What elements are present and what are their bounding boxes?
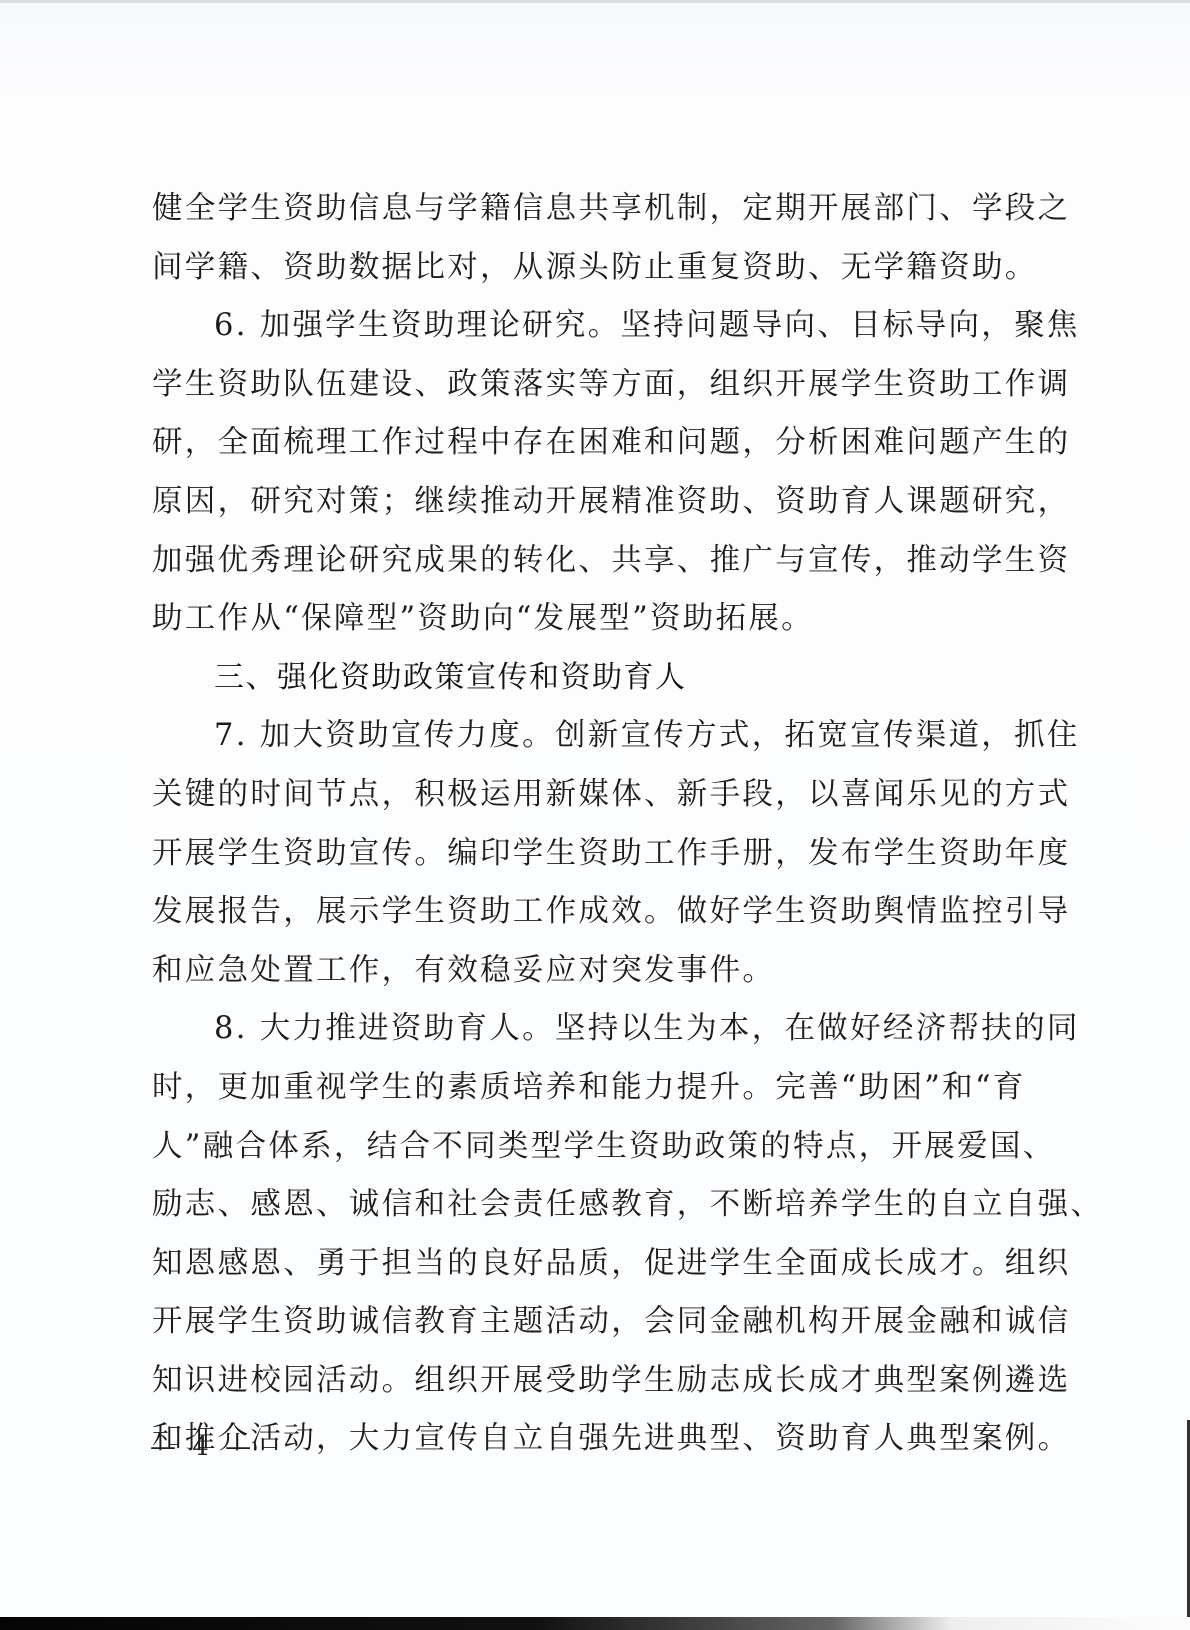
page-number: — 4 — (150, 1432, 255, 1462)
text-line: 人”融合体系，结合不同类型学生资助政策的特点，开展爱国、 (152, 1118, 1007, 1177)
document-body: 健全学生资助信息与学籍信息共享机制，定期开展部门、学段之 间学籍、资助数据比对，… (152, 180, 1007, 1469)
text-line: 和应急处置工作，有效稳妥应对突发事件。 (152, 942, 1007, 1001)
text-line: 加强优秀理论研究成果的转化、共享、推广与宣传，推动学生资 (152, 532, 1007, 591)
text-line: 研，全面梳理工作过程中存在困难和问题，分析困难问题产生的 (152, 414, 1007, 473)
text-line: 时，更加重视学生的素质培养和能力提升。完善“助困”和“育 (152, 1059, 1007, 1118)
text-line: 原因，研究对策；继续推动开展精准资助、资助育人课题研究， (152, 473, 1007, 532)
section-heading: 三、强化资助政策宣传和资助育人 (152, 649, 1007, 708)
scan-top-edge (0, 0, 1190, 3)
text-line: 知识进校园活动。组织开展受助学生励志成长成才典型案例遴选 (152, 1352, 1007, 1411)
text-line: 助工作从“保障型”资助向“发展型”资助拓展。 (152, 590, 1007, 649)
text-line: 开展学生资助诚信教育主题活动，会同金融机构开展金融和诚信 (152, 1293, 1007, 1352)
scan-bottom-edge (0, 1617, 1190, 1630)
text-line: 和推介活动，大力宣传自立自强先进典型、资助育人典型案例。 (152, 1410, 1007, 1469)
paragraph-7-start: 7. 加大资助宣传力度。创新宣传方式，拓宽宣传渠道，抓住 (152, 707, 1007, 766)
text-line: 知恩感恩、勇于担当的良好品质，促进学生全面成长成才。组织 (152, 1235, 1007, 1294)
paragraph-6-start: 6. 加强学生资助理论研究。坚持问题导向、目标导向，聚焦 (152, 297, 1007, 356)
text-line: 发展报告，展示学生资助工作成效。做好学生资助舆情监控引导 (152, 883, 1007, 942)
text-line: 学生资助队伍建设、政策落实等方面，组织开展学生资助工作调 (152, 356, 1007, 415)
text-line: 励志、感恩、诚信和社会责任感教育，不断培养学生的自立自强、 (152, 1176, 1007, 1235)
paragraph-8-start: 8. 大力推进资助育人。坚持以生为本，在做好经济帮扶的同 (152, 1000, 1007, 1059)
text-line: 健全学生资助信息与学籍信息共享机制，定期开展部门、学段之 (152, 180, 1007, 239)
text-line: 间学籍、资助数据比对，从源头防止重复资助、无学籍资助。 (152, 239, 1007, 298)
text-line: 开展学生资助宣传。编印学生资助工作手册，发布学生资助年度 (152, 825, 1007, 884)
text-line: 关键的时间节点，积极运用新媒体、新手段，以喜闻乐见的方式 (152, 766, 1007, 825)
document-page: 健全学生资助信息与学籍信息共享机制，定期开展部门、学段之 间学籍、资助数据比对，… (0, 0, 1190, 1630)
